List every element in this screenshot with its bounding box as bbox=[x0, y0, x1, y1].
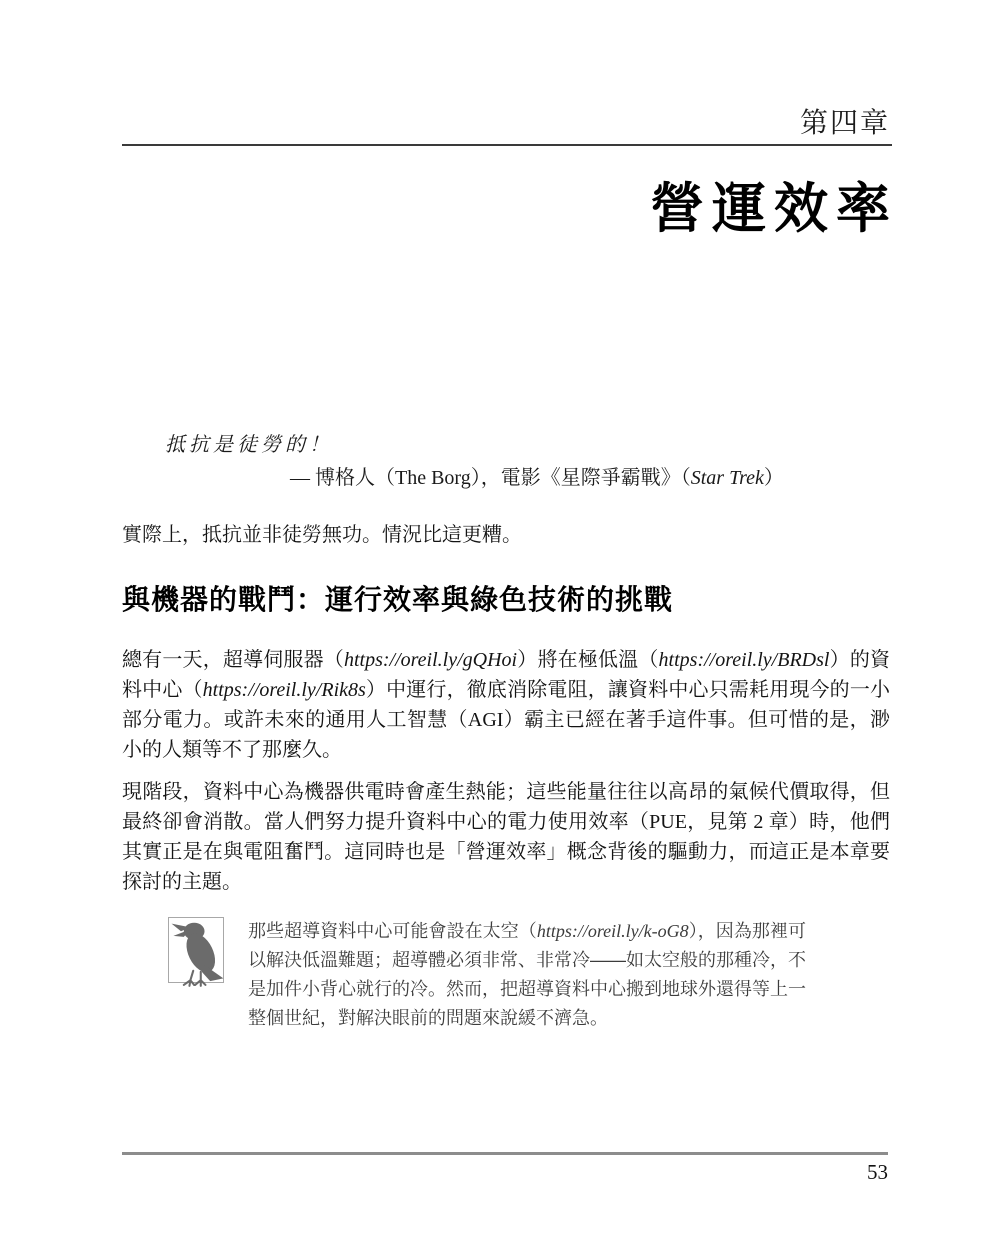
page-content: 抵抗是徒勞的！ — 博格人（The Borg），電影《星際爭霸戰》（Star T… bbox=[122, 427, 890, 1033]
intro-paragraph: 實際上，抵抗並非徒勞無功。情況比這更糟。 bbox=[122, 520, 890, 550]
note-text: 那些超導資料中心可能會設在太空（https://oreil.ly/k-oG8），… bbox=[248, 917, 806, 1033]
note-callout: 那些超導資料中心可能會設在太空（https://oreil.ly/k-oG8），… bbox=[122, 917, 890, 1033]
text-run: 現階段，資料中心為機器供電時會產生熱能；這些能量往往以高昂的氣候代價取得，但最終… bbox=[122, 781, 890, 893]
text-run: ） bbox=[764, 467, 784, 489]
text-run: ）將在極低溫（ bbox=[517, 649, 658, 671]
note-icon-box bbox=[168, 917, 224, 983]
section-heading: 與機器的戰鬥：運行效率與綠色技術的挑戰 bbox=[122, 580, 890, 620]
text-run: — 博格人（The Borg），電影《星際爭霸戰》（ bbox=[290, 467, 691, 489]
italic-text-run: https://oreil.ly/BRDsl bbox=[659, 649, 830, 671]
body-paragraph-1: 總有一天，超導伺服器（https://oreil.ly/gQHoi）將在極低溫（… bbox=[122, 645, 890, 765]
footer-rule bbox=[122, 1152, 888, 1155]
page-number: 53 bbox=[122, 1160, 888, 1185]
text-run: 總有一天，超導伺服器（ bbox=[122, 649, 344, 671]
chapter-title: 營運效率 bbox=[122, 166, 898, 243]
body-paragraph-2: 現階段，資料中心為機器供電時會產生熱能；這些能量往往以高昂的氣候代價取得，但最終… bbox=[122, 777, 890, 897]
epigraph-attribution: — 博格人（The Borg），電影《星際爭霸戰》（Star Trek） bbox=[290, 463, 890, 493]
header-rule bbox=[122, 144, 892, 146]
epigraph-quote: 抵抗是徒勞的！ bbox=[165, 427, 890, 463]
italic-text-run: https://oreil.ly/gQHoi bbox=[344, 649, 517, 671]
text-run: 那些超導資料中心可能會設在太空（ bbox=[248, 921, 537, 941]
epigraph: 抵抗是徒勞的！ — 博格人（The Borg），電影《星際爭霸戰》（Star T… bbox=[122, 427, 890, 493]
italic-text-run: Star Trek bbox=[691, 467, 764, 489]
italic-text-run: https://oreil.ly/Rik8s bbox=[203, 679, 366, 701]
italic-text-run: https://oreil.ly/k-oG8 bbox=[537, 921, 689, 941]
book-page: 第四章 營運效率 抵抗是徒勞的！ — 博格人（The Borg），電影《星際爭霸… bbox=[0, 0, 1000, 1243]
crow-icon bbox=[169, 918, 225, 984]
chapter-label: 第四章 bbox=[122, 101, 890, 141]
